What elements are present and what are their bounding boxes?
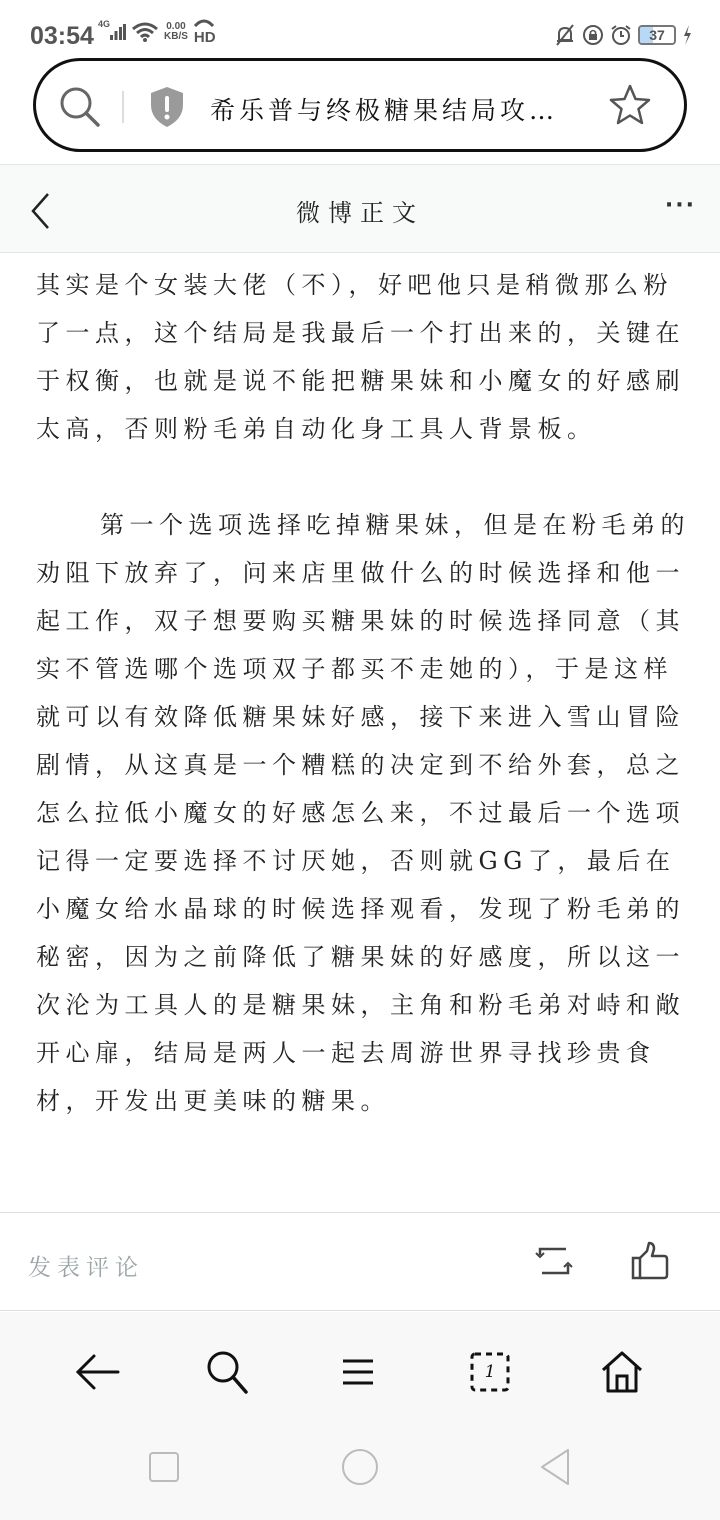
- comment-bar: 发表评论: [0, 1212, 720, 1311]
- menu-button[interactable]: [328, 1342, 388, 1402]
- star-icon[interactable]: [608, 83, 652, 127]
- system-home-button[interactable]: [335, 1442, 385, 1492]
- battery-level: 37: [649, 27, 665, 43]
- search-icon: [206, 1350, 250, 1394]
- repost-icon[interactable]: [534, 1243, 574, 1279]
- page-header: 微博正文 ···: [0, 164, 720, 253]
- status-right-icons: 37: [554, 24, 692, 46]
- article-paragraph: 其实是个女装大佬（不），好吧他只是稍微那么粉了一点，这个结局是我最后一个打出来的…: [36, 261, 696, 453]
- article-paragraph: 第一个选项选择吃掉糖果妹，但是在粉毛弟的劝阻下放弃了，问来店里做什么的时候选择和…: [36, 501, 696, 1125]
- home-circle-icon: [341, 1448, 379, 1486]
- divider: [122, 91, 124, 123]
- network-type: 4G: [98, 19, 110, 29]
- article-body: 其实是个女装大佬（不），好吧他只是稍微那么粉了一点，这个结局是我最后一个打出来的…: [36, 254, 696, 1212]
- status-left-icons: 4G 0.00 KB/S HD: [98, 22, 216, 42]
- page-title[interactable]: 希乐普与终极糖果结局攻…: [210, 91, 558, 127]
- home-button[interactable]: [592, 1342, 652, 1402]
- wifi-icon: [132, 22, 158, 42]
- clock: 03:54: [30, 22, 94, 51]
- recents-button[interactable]: [139, 1442, 189, 1492]
- mute-bell-icon: [554, 24, 576, 46]
- battery-icon: 37: [638, 25, 676, 45]
- recents-icon: [148, 1451, 180, 1483]
- search-button[interactable]: [198, 1342, 258, 1402]
- menu-icon: [341, 1357, 375, 1387]
- status-bar: 03:54 4G 0.00 KB/S HD: [0, 0, 720, 58]
- alarm-icon: [610, 24, 632, 46]
- more-button[interactable]: ···: [665, 193, 696, 218]
- signal-icon: [110, 24, 126, 40]
- header-title: 微博正文: [0, 193, 720, 228]
- browser-toolbar: 1: [0, 1312, 720, 1520]
- back-button[interactable]: [68, 1342, 128, 1402]
- system-back-button[interactable]: [530, 1442, 580, 1492]
- charging-icon: [682, 25, 692, 45]
- comment-input[interactable]: 发表评论: [28, 1249, 144, 1282]
- back-triangle-icon: [538, 1448, 572, 1486]
- home-icon: [600, 1350, 644, 1394]
- address-bar[interactable]: 希乐普与终极糖果结局攻…: [33, 58, 687, 152]
- thumbs-up-icon[interactable]: [630, 1241, 670, 1281]
- net-speed-unit: KB/S: [164, 32, 188, 42]
- rotation-lock-icon: [582, 24, 604, 46]
- back-arrow-icon: [74, 1352, 122, 1392]
- shield-warning-icon[interactable]: [148, 85, 186, 129]
- search-icon[interactable]: [58, 85, 102, 129]
- tabs-button[interactable]: 1: [460, 1342, 520, 1402]
- tab-count: 1: [485, 1362, 496, 1382]
- hd-label: HD: [194, 29, 216, 46]
- net-speed: 0.00 KB/S: [164, 22, 188, 42]
- hd-call-icon: HD: [194, 23, 216, 42]
